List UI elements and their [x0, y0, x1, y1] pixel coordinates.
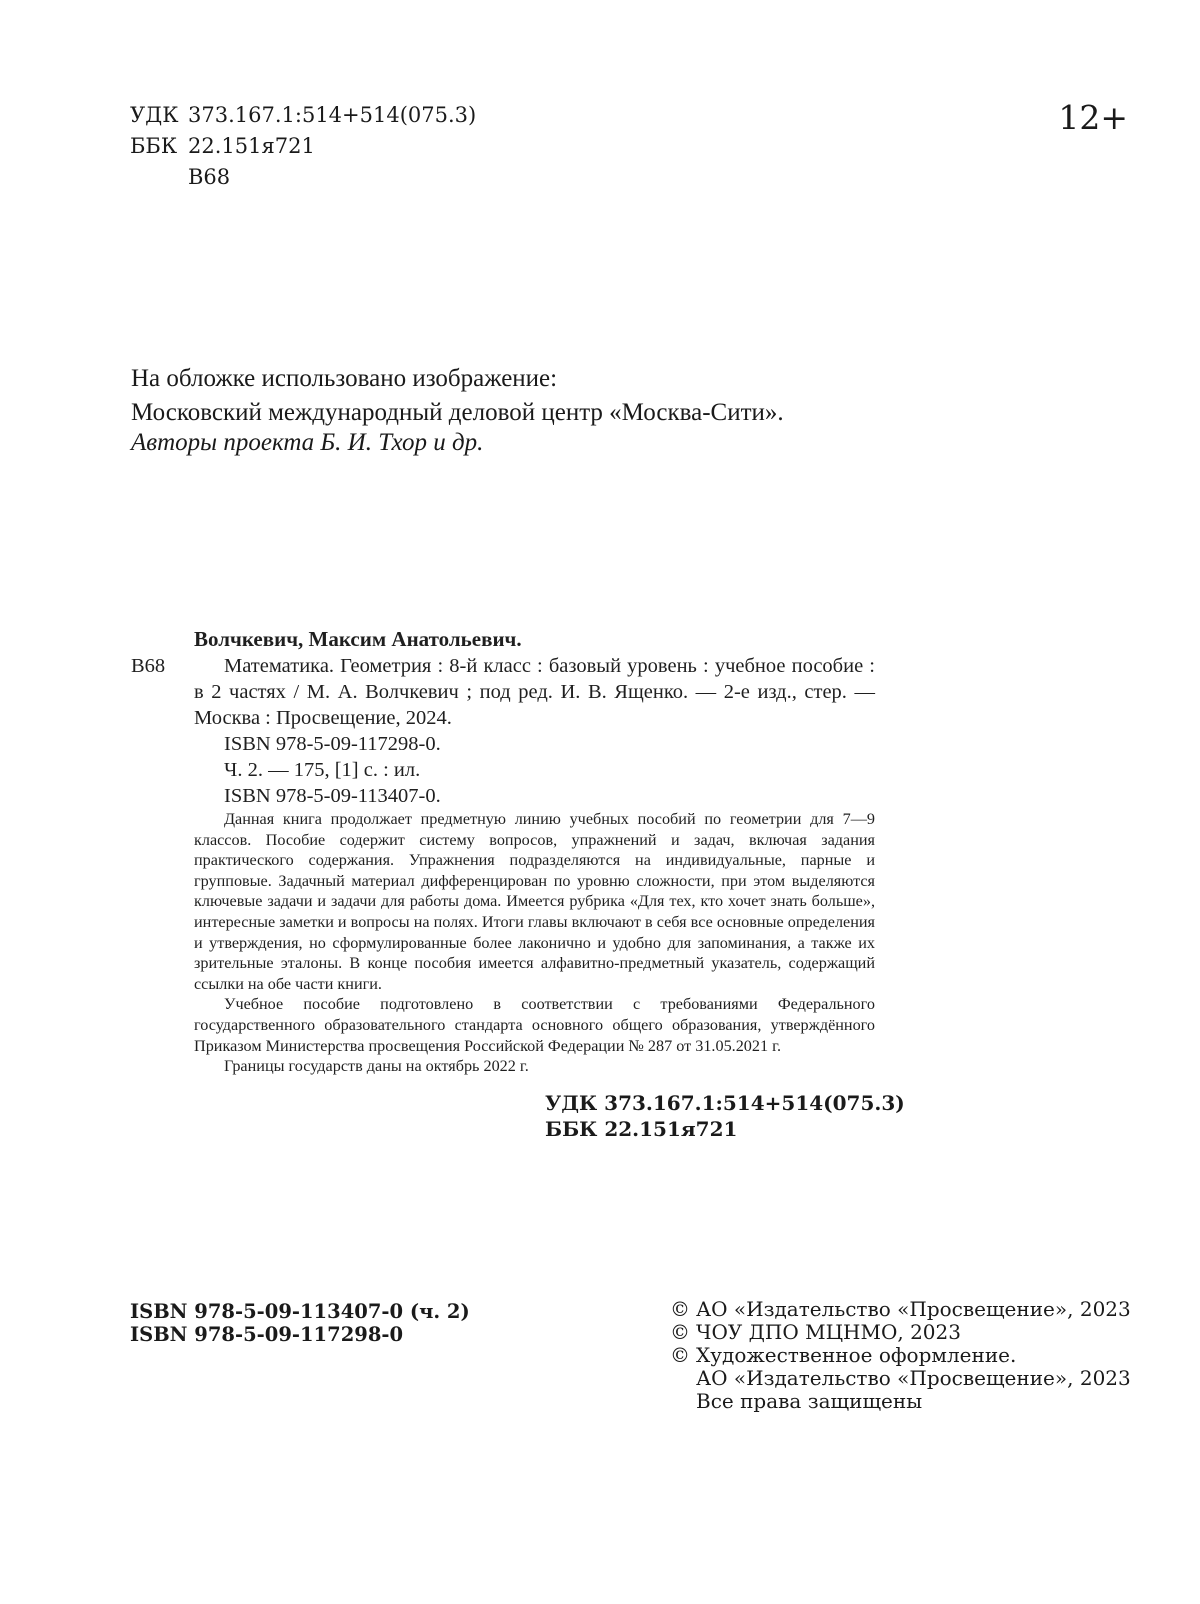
cover-note-line-2: Московский международный деловой центр «…	[131, 396, 784, 430]
copyright-line: © Художественное оформление.	[670, 1344, 1131, 1367]
record-part-info: Ч. 2. — 175, [1] с. : ил.	[131, 757, 875, 783]
record-classification: УДК 373.167.1:514+514(075.3) ББК 22.151я…	[545, 1090, 905, 1142]
record-isbn-part: ISBN 978-5-09-113407-0.	[131, 783, 875, 809]
record-title: Математика. Геометрия : 8-й класс : базо…	[194, 653, 875, 731]
record-title-block: В68 Математика. Геометрия : 8-й класс : …	[131, 653, 875, 731]
copyright-line: © АО «Издательство «Просвещение», 2023	[670, 1298, 1131, 1321]
annotation-paragraph: Учебное пособие подготовлено в соответст…	[194, 994, 875, 1056]
annotation-paragraph: Границы государств даны на октябрь 2022 …	[194, 1056, 875, 1077]
bbk-value: 22.151я721	[188, 131, 315, 162]
record-isbn-set: ISBN 978-5-09-117298-0.	[131, 731, 875, 757]
copyright-line: © ЧОУ ДПО МЦНМО, 2023	[670, 1321, 1131, 1344]
cover-note: На обложке использовано изображение: Мос…	[131, 362, 784, 430]
isbn-line: ISBN 978-5-09-117298-0	[130, 1323, 470, 1346]
author-code: В68	[130, 162, 476, 193]
record-code: В68	[131, 653, 165, 679]
bbk-label: ББК	[130, 131, 188, 162]
footer-isbns: ISBN 978-5-09-113407-0 (ч. 2) ISBN 978-5…	[130, 1300, 470, 1346]
cover-note-line-1: На обложке использовано изображение:	[131, 362, 784, 396]
copyright-continuation: АО «Издательство «Просвещение», 2023	[670, 1367, 1131, 1390]
udk-label: УДК	[130, 100, 188, 131]
classification-block: УДК 373.167.1:514+514(075.3) ББК 22.151я…	[130, 100, 476, 193]
record-bbk: ББК 22.151я721	[545, 1116, 905, 1142]
copyright-block: © АО «Издательство «Просвещение», 2023 ©…	[670, 1298, 1131, 1413]
annotation-paragraph: Данная книга продолжает предметную линию…	[194, 809, 875, 994]
record-udk: УДК 373.167.1:514+514(075.3)	[545, 1090, 905, 1116]
record-author: Волчкевич, Максим Анатольевич.	[131, 626, 875, 653]
isbn-line: ISBN 978-5-09-113407-0 (ч. 2)	[130, 1300, 470, 1323]
project-authors: Авторы проекта Б. И. Тхор и др.	[131, 426, 483, 460]
rights-reserved: Все права защищены	[670, 1390, 1131, 1413]
age-rating: 12+	[1058, 98, 1128, 137]
copyright-icon: ©	[670, 1298, 696, 1321]
udk-row: УДК 373.167.1:514+514(075.3)	[130, 100, 476, 131]
copyright-icon: ©	[670, 1321, 696, 1344]
copyright-icon: ©	[670, 1344, 696, 1367]
bibliographic-record: Волчкевич, Максим Анатольевич. В68 Матем…	[131, 626, 875, 1077]
udk-value: 373.167.1:514+514(075.3)	[188, 100, 476, 131]
bbk-row: ББК 22.151я721	[130, 131, 476, 162]
